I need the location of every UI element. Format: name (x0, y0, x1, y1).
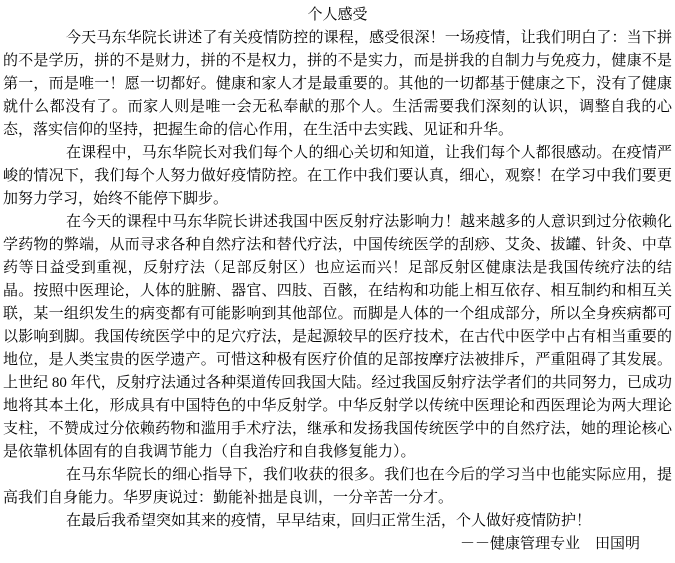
paragraph: 在课程中，马东华院长对我们每个人的细心关切和知道，让我们每个人都很感动。在疫情严… (3, 142, 672, 211)
signature: －－健康管理专业 田国明 (3, 533, 672, 556)
document-body: 今天马东华院长讲述了有关疫情防控的课程，感受很深！一场疫情，让我们明白了：当下拼… (3, 27, 672, 533)
paragraph: 在马东华院长的细心指导下，我们收获的很多。我们也在今后的学习当中也能实际应用，提… (3, 464, 672, 510)
document-title: 个人感受 (3, 4, 672, 27)
document-page: 个人感受 今天马东华院长讲述了有关疫情防控的课程，感受很深！一场疫情，让我们明白… (0, 0, 675, 563)
paragraph: 在今天的课程中马东华院长讲述我国中医反射疗法影响力！越来越多的人意识到过分依赖化… (3, 211, 672, 464)
paragraph: 今天马东华院长讲述了有关疫情防控的课程，感受很深！一场疫情，让我们明白了：当下拼… (3, 27, 672, 142)
paragraph: 在最后我希望突如其来的疫情，早早结束，回归正常生活，个人做好疫情防护！ (3, 510, 672, 533)
